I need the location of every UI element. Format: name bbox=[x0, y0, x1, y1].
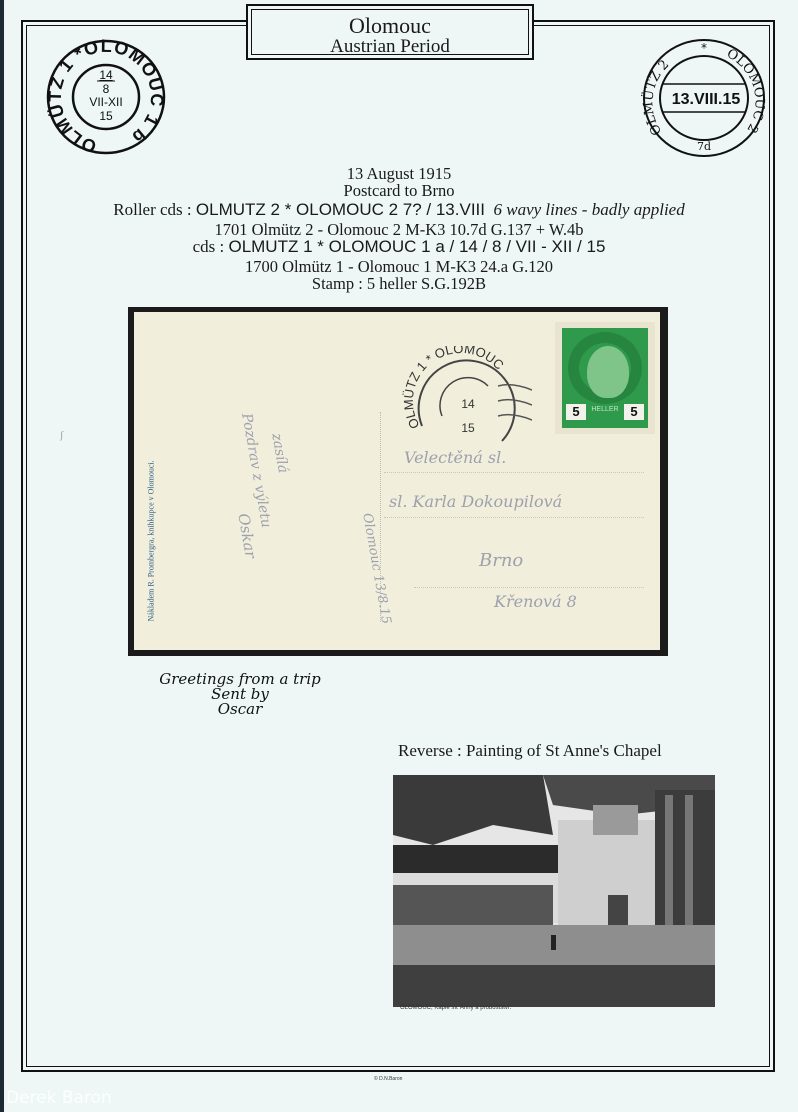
right-postmark-icon: OLMÜTZ 2 OLOMOUC 2 * 13.VIII.15 7d bbox=[640, 36, 768, 160]
roller-cds-label: Roller cds : bbox=[113, 200, 196, 219]
stamp-portrait-icon bbox=[587, 346, 629, 398]
address-line bbox=[384, 472, 644, 473]
stamp-face: 5 HELLER 5 bbox=[562, 328, 648, 428]
left-postmark-day: 14 bbox=[99, 68, 113, 82]
reverse-picture bbox=[393, 775, 715, 1007]
description-stamp: Stamp : 5 heller S.G.192B bbox=[0, 275, 798, 292]
stamp-value-left: 5 bbox=[566, 404, 586, 420]
roller-cds-note: 6 wavy lines - badly applied bbox=[494, 200, 685, 219]
left-postmark-month: 8 bbox=[103, 82, 110, 96]
handwritten-dateline: Olomouc 13/8.15 bbox=[359, 512, 393, 625]
page-title: Olomouc bbox=[252, 15, 528, 37]
handwritten-message-1: Pozdrav z výletu bbox=[238, 412, 274, 529]
description-type: Postcard to Brno bbox=[0, 182, 798, 199]
description-cds-catalog: 1700 Olmütz 1 - Olomouc 1 M-K3 24.a G.12… bbox=[0, 258, 798, 275]
stamp-value-right: 5 bbox=[624, 404, 644, 420]
address-line bbox=[384, 517, 644, 518]
greeting-note: Greetings from a trip Sent by Oscar bbox=[135, 672, 345, 717]
copyright-notice: © D.N.Baron bbox=[374, 1076, 402, 1082]
page-subtitle: Austrian Period bbox=[252, 37, 528, 57]
reverse-label: Reverse : Painting of St Anne's Chapel bbox=[398, 741, 662, 761]
postcard-cancel-text: OLMÜTZ 1 * OLOMOUC bbox=[402, 346, 507, 431]
watermark: Derek Baron bbox=[6, 1088, 112, 1108]
title-box: Olomouc Austrian Period bbox=[246, 4, 534, 60]
description-roller-catalog: 1701 Olmütz 2 - Olomouc 2 M-K3 10.7d G.1… bbox=[0, 221, 798, 238]
description-cds: cds : OLMUTZ 1 * OLOMOUC 1 a / 14 / 8 / … bbox=[0, 238, 798, 255]
postage-stamp: 5 HELLER 5 bbox=[555, 322, 655, 434]
svg-text:OLMÜTZ 2: OLMÜTZ 2 bbox=[640, 57, 672, 137]
right-postmark-star: * bbox=[701, 41, 707, 55]
publisher-imprint: Nákladem R. Prombergra, knihkupce v Olom… bbox=[147, 412, 156, 622]
cds-mark: OLMUTZ 1 * OLOMOUC 1 a / 14 / 8 / VII - … bbox=[228, 237, 605, 256]
left-postmark-icon: OLMÜTZ 1 *OLOMOUC 1 b 14 8 VII-XII 15 bbox=[44, 38, 168, 156]
greeting-line-3: Oscar bbox=[135, 702, 345, 717]
postcard-cancel-year: 15 bbox=[461, 421, 475, 435]
postcard-cancel-icon: OLMÜTZ 1 * OLOMOUC 14 15 bbox=[402, 346, 532, 456]
cds-label: cds : bbox=[193, 237, 229, 256]
postcard-cancel-day: 14 bbox=[461, 397, 475, 411]
postcard-image: Nákladem R. Prombergra, knihkupce v Olom… bbox=[134, 312, 660, 650]
left-postmark-year: 15 bbox=[99, 109, 113, 123]
roller-cds-mark: OLMUTZ 2 * OLOMOUC 2 7? / 13.VIII bbox=[196, 200, 485, 219]
reverse-caption: OLOMOUC, Kaple sv. Anny a proboštství. bbox=[400, 1005, 511, 1011]
address-line bbox=[414, 587, 644, 588]
description-date: 13 August 1915 bbox=[0, 165, 798, 182]
right-postmark-bottom: 7d bbox=[697, 140, 711, 153]
right-postmark-ring-left: OLMÜTZ 2 bbox=[640, 57, 672, 137]
handwritten-address-2: sl. Karla Dokoupilová bbox=[389, 492, 562, 511]
left-postmark-hours: VII-XII bbox=[89, 95, 122, 109]
right-postmark-date: 13.VIII.15 bbox=[672, 91, 741, 108]
stamp-denomination: HELLER bbox=[589, 406, 621, 413]
pencil-mark: ʃ bbox=[60, 430, 63, 441]
handwritten-message-2: zasílá bbox=[268, 432, 291, 474]
handwritten-address-4: Křenová 8 bbox=[494, 592, 577, 611]
chapel-painting-icon bbox=[393, 775, 715, 1007]
svg-text:OLMÜTZ 1 * OLOMOUC: OLMÜTZ 1 * OLOMOUC bbox=[402, 346, 507, 431]
description-roller-cds: Roller cds : OLMUTZ 2 * OLOMOUC 2 7? / 1… bbox=[0, 201, 798, 218]
handwritten-address-3: Brno bbox=[479, 550, 523, 571]
